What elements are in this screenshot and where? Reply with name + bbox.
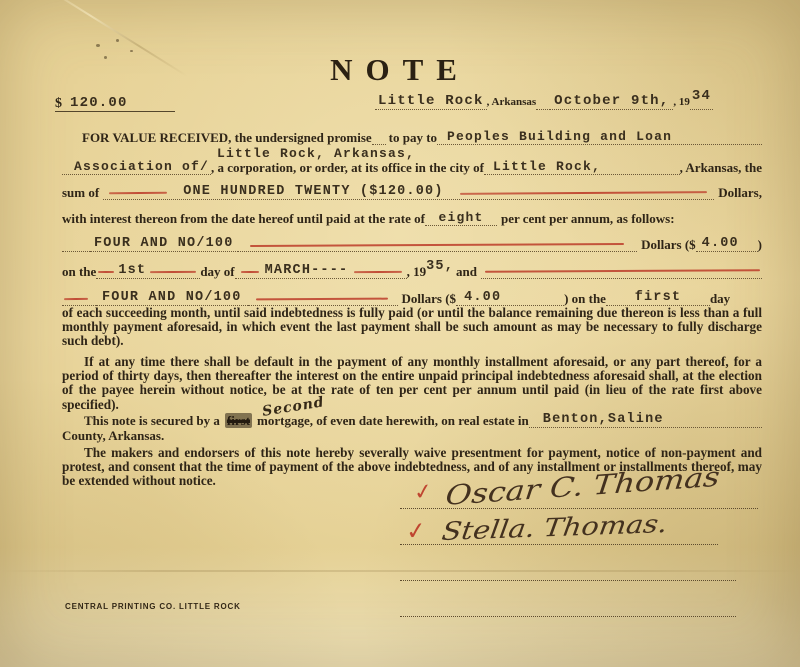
dollars-label: Dollars,: [718, 185, 762, 200]
currency-symbol: $: [55, 96, 62, 111]
and-label: and: [456, 264, 477, 279]
close-paren: ): [758, 237, 762, 252]
paper-speck: [96, 44, 100, 47]
year-prefix: , 19: [673, 95, 690, 110]
empty-signature-line-1: [400, 545, 736, 581]
installment1-amount: 4.00: [702, 236, 739, 251]
installment2-row: FOUR AND NO/100 Dollars ($ 4.00 ) on the…: [62, 290, 762, 306]
county-row: County, Arkansas.: [62, 428, 762, 443]
rate-typed: eight: [438, 210, 483, 225]
to-pay-to: to pay to: [389, 130, 437, 145]
paper-speck: [116, 39, 119, 42]
document-title: NOTE: [0, 52, 800, 88]
property-location-typed: Benton,Saline: [543, 412, 664, 427]
sum-words-typed: ONE HUNDRED TWENTY ($120.00): [183, 184, 443, 199]
installment2-words: FOUR AND NO/100: [102, 290, 242, 305]
payee-typed: Peoples Building and Loan: [447, 129, 672, 144]
installment2-amount: 4.00: [464, 290, 501, 305]
payee-city-typed: Little Rock, Arkansas,: [217, 146, 415, 161]
year-typed: 34: [692, 89, 711, 104]
month-typed: MARCH----: [265, 263, 349, 278]
installment1-row: FOUR AND NO/100 Dollars ($ 4.00 ): [62, 236, 762, 252]
state-the: , Arkansas, the: [680, 160, 762, 175]
signature-line-2: ✓ Stella. Thomas.: [400, 509, 718, 545]
sum-row: sum of ONE HUNDRED TWENTY ($120.00) Doll…: [62, 184, 762, 200]
printer-credit: CENTRAL PRINTING CO. LITTLE ROCK: [65, 602, 241, 611]
sum-of-label: sum of: [62, 185, 99, 200]
signature-line-1: ✓ Oscar C. Thomas: [400, 476, 758, 509]
on-the2-label: ) on the: [564, 291, 606, 306]
county-line: County, Arkansas.: [62, 428, 164, 443]
year2-prefix: , 19: [407, 264, 427, 279]
opening-clause: FOR VALUE RECEIVED, the undersigned prom…: [82, 130, 372, 145]
dollars-open2: Dollars ($: [402, 291, 457, 306]
per-annum-clause: per cent per annum, as follows:: [501, 211, 675, 226]
year2-typed: 35,: [426, 259, 454, 274]
signature-block: ✓ Oscar C. Thomas ✓ Stella. Thomas.: [400, 476, 762, 617]
succeeding-clause: of each succeeding month, until said ind…: [62, 306, 762, 349]
day-of-label: day of: [200, 264, 234, 279]
day-label: day: [710, 291, 730, 306]
state-printed: , Arkansas: [487, 95, 537, 110]
interest-clause: with interest thereon from the date here…: [62, 211, 425, 226]
payee-line2-typed: Association of/: [74, 159, 209, 174]
amount-row: $ 120.00: [55, 96, 185, 112]
value-received-row: FOR VALUE RECEIVED, the undersigned prom…: [62, 129, 762, 145]
default-clause: If at any time there shall be default in…: [62, 355, 762, 412]
date-row: Little Rock , Arkansas October 9th, , 19…: [375, 94, 762, 110]
interest-row: with interest thereon from the date here…: [62, 210, 762, 226]
city-typed: Little Rock: [378, 94, 484, 109]
corporation-clause: , a corporation, or order, at its office…: [211, 160, 484, 175]
secured-prefix: This note is secured by a: [84, 413, 220, 428]
red-check-icon: ✓: [405, 516, 428, 546]
due-day-typed: 1st: [118, 263, 146, 278]
association-row: Association of/ Little Rock, Arkansas, ,…: [62, 145, 762, 175]
struck-word: first: [225, 413, 252, 428]
amount-value: 120.00: [70, 96, 128, 111]
red-check-icon: ✓: [412, 479, 434, 506]
due-date-row: on the 1st day of MARCH---- , 19 35, and: [62, 263, 762, 279]
office-city-typed: Little Rock,: [493, 159, 601, 174]
date-typed: October 9th,: [554, 94, 669, 109]
secured-row: Second This note is secured by a first m…: [62, 412, 762, 428]
secured-suffix: mortgage, of even date herewith, on real…: [257, 413, 529, 428]
dollars-open: Dollars ($: [641, 237, 696, 252]
promissory-note-document: NOTE $ 120.00 Little Rock , Arkansas Oct…: [0, 0, 800, 667]
installment1-words: FOUR AND NO/100: [94, 236, 234, 251]
recurring-day-typed: first: [635, 290, 682, 305]
on-the-label: on the: [62, 264, 96, 279]
empty-signature-line-2: [400, 581, 736, 617]
signature-name: Stella. Thomas.: [440, 509, 669, 546]
